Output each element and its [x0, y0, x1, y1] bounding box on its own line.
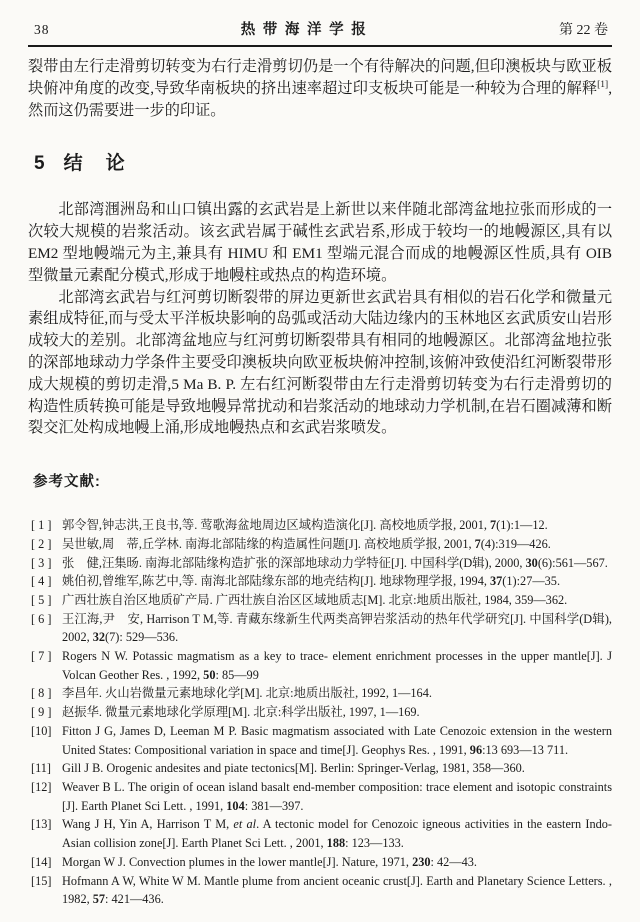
section-title: 结 论: [64, 148, 127, 175]
reference-number: [ 6 ]: [31, 610, 52, 629]
reference-text: 张 健,汪集旸. 南海北部陆缘构造扩张的深部地球动力学特征[J]. 中国科学(D…: [62, 556, 608, 570]
references-heading: 参考文献:: [33, 470, 612, 491]
reference-number: [10]: [31, 722, 52, 741]
reference-item: [ 3 ]张 健,汪集旸. 南海北部陆缘构造扩张的深部地球动力学特征[J]. 中…: [28, 554, 612, 573]
reference-item: [13]Wang J H, Yin A, Harrison T M, et al…: [28, 815, 612, 852]
journal-page: 38 热 带 海 洋 学 报 第 22 卷 裂带由左行走滑剪切转变为右行走滑剪切…: [0, 0, 640, 922]
reference-text: 李昌年. 火山岩微量元素地球化学[M]. 北京:地质出版社, 1992, 1—1…: [62, 686, 432, 700]
reference-item: [11]Gill J B. Orogenic andesites and pia…: [28, 759, 612, 778]
reference-number: [ 5 ]: [31, 591, 52, 610]
reference-item: [12]Weaver B L. The origin of ocean isla…: [28, 778, 612, 815]
reference-text: 吴世敏,周 蒂,丘学林. 南海北部陆缘的构造属性问题[J]. 高校地质学报, 2…: [62, 537, 551, 551]
reference-text: 广西壮族自治区地质矿产局. 广西壮族自治区区域地质志[M]. 北京:地质出版社,…: [62, 593, 567, 607]
reference-number: [ 4 ]: [31, 572, 52, 591]
reference-text: 姚伯初,曾维军,陈艺中,等. 南海北部陆缘东部的地壳结构[J]. 地球物理学报,…: [62, 574, 560, 588]
conclusion-block: 北部湾涠洲岛和山口镇出露的玄武岩是上新世以来伴随北部湾盆地拉张而形成的一次较大规…: [28, 199, 612, 439]
reference-item: [ 1 ]郭令智,钟志洪,王良书,等. 莺歌海盆地周边区域构造演化[J]. 高校…: [28, 516, 612, 535]
intro-paragraph: 裂带由左行走滑剪切转变为右行走滑剪切仍是一个有待解决的问题,但印澳板块与欧亚板块…: [28, 56, 612, 121]
reference-item: [ 7 ]Rogers N W. Potassic magmatism as a…: [28, 647, 612, 684]
running-head: 38 热 带 海 洋 学 报 第 22 卷: [28, 18, 612, 47]
reference-number: [15]: [31, 872, 52, 891]
reference-text: Gill J B. Orogenic andesites and piate t…: [62, 761, 525, 775]
reference-item: [10]Fitton J G, James D, Leeman M P. Bas…: [28, 722, 612, 759]
reference-text: Morgan W J. Convection plumes in the low…: [62, 855, 477, 869]
reference-item: [ 8 ]李昌年. 火山岩微量元素地球化学[M]. 北京:地质出版社, 1992…: [28, 684, 612, 703]
reference-text: Rogers N W. Potassic magmatism as a key …: [62, 649, 612, 682]
reference-number: [ 9 ]: [31, 703, 52, 722]
reference-number: [ 2 ]: [31, 535, 52, 554]
reference-number: [13]: [31, 815, 52, 834]
reference-number: [ 7 ]: [31, 647, 52, 666]
reference-item: [ 2 ]吴世敏,周 蒂,丘学林. 南海北部陆缘的构造属性问题[J]. 高校地质…: [28, 535, 612, 554]
reference-text: 赵振华. 微量元素地球化学原理[M]. 北京:科学出版社, 1997, 1—16…: [62, 705, 420, 719]
reference-number: [ 3 ]: [31, 554, 52, 573]
conclusion-paragraph-1: 北部湾涠洲岛和山口镇出露的玄武岩是上新世以来伴随北部湾盆地拉张而形成的一次较大规…: [28, 199, 612, 286]
reference-number: [ 1 ]: [31, 516, 52, 535]
reference-item: [ 5 ]广西壮族自治区地质矿产局. 广西壮族自治区区域地质志[M]. 北京:地…: [28, 591, 612, 610]
reference-item: [ 9 ]赵振华. 微量元素地球化学原理[M]. 北京:科学出版社, 1997,…: [28, 703, 612, 722]
section-number: 5: [34, 153, 46, 175]
reference-list: [ 1 ]郭令智,钟志洪,王良书,等. 莺歌海盆地周边区域构造演化[J]. 高校…: [28, 516, 612, 909]
reference-text: Weaver B L. The origin of ocean island b…: [62, 780, 612, 813]
reference-text: Fitton J G, James D, Leeman M P. Basic m…: [62, 724, 612, 757]
reference-item: [ 4 ]姚伯初,曾维军,陈艺中,等. 南海北部陆缘东部的地壳结构[J]. 地球…: [28, 572, 612, 591]
reference-number: [12]: [31, 778, 52, 797]
reference-item: [ 6 ]王江海,尹 安, Harrison T M,等. 青藏东缘新生代两类高…: [28, 610, 612, 647]
volume-label: 第 22 卷: [559, 19, 608, 39]
page-number: 38: [34, 22, 50, 38]
reference-text: 王江海,尹 安, Harrison T M,等. 青藏东缘新生代两类高钾岩浆活动…: [62, 612, 612, 645]
reference-text: Hofmann A W, White W M. Mantle plume fro…: [62, 874, 612, 907]
reference-item: [14]Morgan W J. Convection plumes in the…: [28, 853, 612, 872]
section-heading: 5 结 论: [34, 148, 612, 175]
reference-number: [14]: [31, 853, 52, 872]
reference-number: [ 8 ]: [31, 684, 52, 703]
reference-text: 郭令智,钟志洪,王良书,等. 莺歌海盆地周边区域构造演化[J]. 高校地质学报,…: [62, 518, 548, 532]
reference-item: [15]Hofmann A W, White W M. Mantle plume…: [28, 872, 612, 909]
reference-text: Wang J H, Yin A, Harrison T M, et al. A …: [62, 817, 612, 850]
journal-title: 热 带 海 洋 学 报: [241, 18, 368, 39]
conclusion-paragraph-2: 北部湾玄武岩与红河剪切断裂带的屏边更新世玄武岩具有相似的岩石化学和微量元素组成特…: [28, 287, 612, 440]
reference-number: [11]: [31, 759, 51, 778]
